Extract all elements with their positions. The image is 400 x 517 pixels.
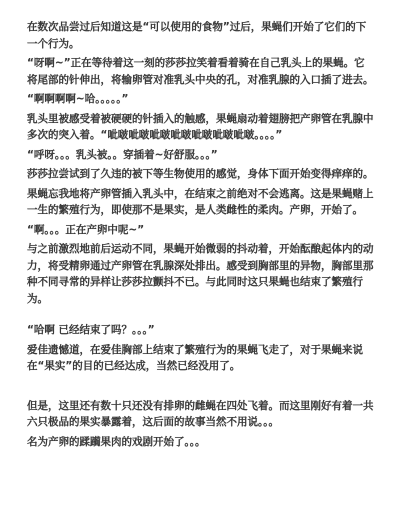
- paragraph: 与之前激烈地前后运动不同，果蝇开始微弱的抖动着，开始酝酿起体内的动力，将受精卵通…: [27, 241, 375, 307]
- text-page: 在数次品尝过后知道这是“可以使用的食物”过后，果蝇们开始了它们的下一个行为。 “…: [0, 0, 400, 517]
- paragraph: 名为产卵的蹂躏果肉的戏剧开始了。。。: [27, 434, 375, 451]
- paragraph: 爱佳遗憾道，在爱佳胸部上结束了繁殖行为的果蝇飞走了，对于果蝇来说在“果实”的目的…: [27, 342, 375, 375]
- paragraph: 莎莎拉尝试到了久违的被下等生物使用的感觉，身体下面开始变得痒痒的。: [27, 166, 375, 183]
- paragraph: 果蝇忘我地将产卵管插入乳头中，在结束之前绝对不会逃离。这是果蝇赌上一生的繁殖行为…: [27, 186, 375, 219]
- paragraph-dialogue: “啊啊啊啊~哈。。。。。”: [27, 91, 375, 108]
- paragraph-dialogue: “呼呀。。。乳头被。。穿插着~好舒服。。。”: [27, 147, 375, 164]
- paragraph-dialogue: “哈啊 已经结束了吗？。。。”: [27, 322, 375, 339]
- paragraph: 乳头里被感受着被硬硬的针插入的触感，果蝇扇动着翅膀把产卵管在乳腺中多次的突入着。…: [27, 111, 375, 144]
- paragraph-dialogue: “啊。。。正在产卵中呢~”: [27, 222, 375, 239]
- paragraph: 在数次品尝过后知道这是“可以使用的食物”过后，果蝇们开始了它们的下一个行为。: [27, 19, 375, 52]
- paragraph: “呀啊~”正在等待着这一刻的莎莎拉笑着看着骑在自己乳头上的果蝇。它将尾部的针伸出…: [27, 55, 375, 88]
- paragraph: 但是，这里还有数十只还没有排卵的雌蝇在四处飞着。而这里刚好有着一共六只极品的果实…: [27, 398, 375, 431]
